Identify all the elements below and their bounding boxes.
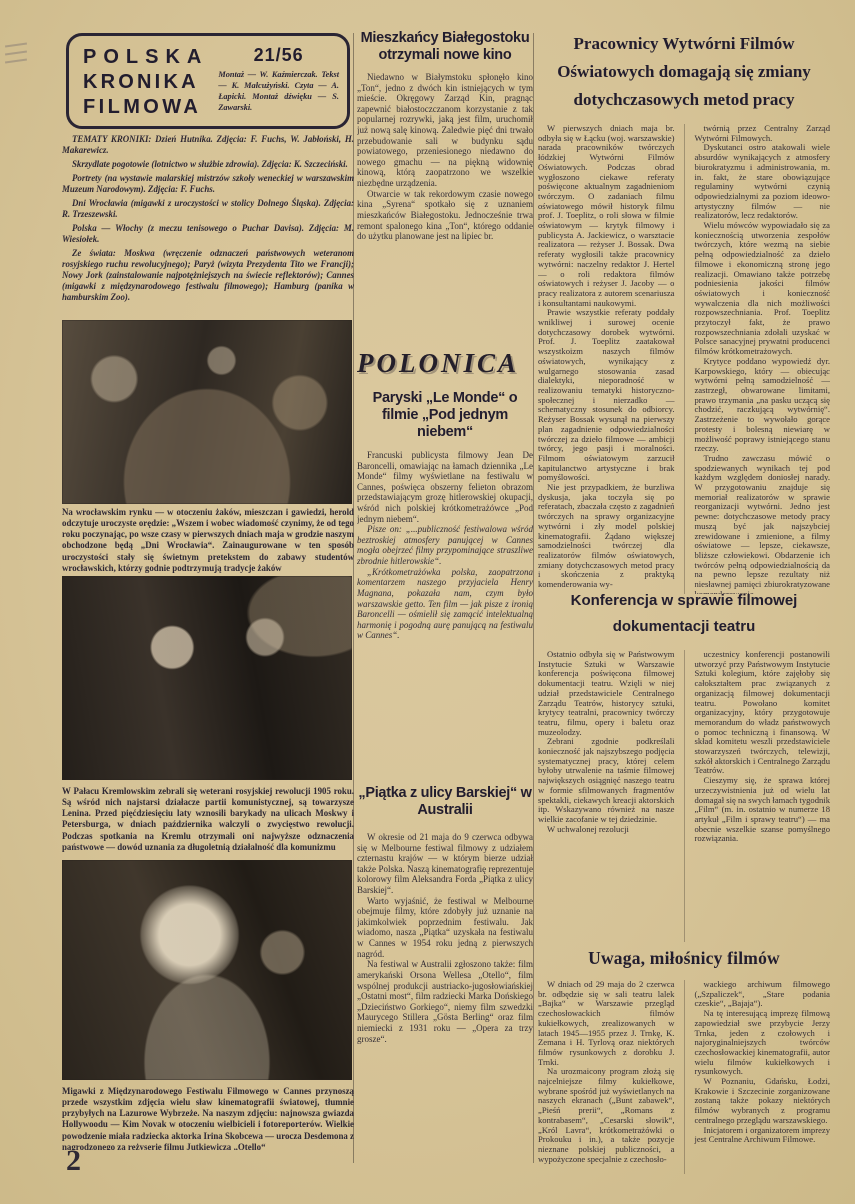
article-subcolumn-right: wackiego archiwum filmowego („Szpaliczek…	[684, 980, 830, 1174]
article-paragraph: Na tę interesującą imprezę filmową zapow…	[694, 1009, 830, 1077]
article-paragraph: uczestnicy konferencji postanowili utwor…	[694, 650, 830, 776]
topics-paragraph: Polska — Włochy (z meczu tenisowego o Pu…	[62, 223, 354, 245]
headline-filmy-kukielkowe: Uwaga, miłośnicy filmów kukiełkowych	[538, 944, 830, 976]
article-filmy-kukielkowe: W dniach od 29 maja do 2 czerwca br. odb…	[538, 980, 830, 1174]
article-paragraph: Na festiwal w Australii zgłoszono także:…	[357, 959, 533, 1044]
masthead-credits: Montaż — W. Kaźmierczak. Tekst — K. Małc…	[218, 70, 339, 114]
margin-pencil-mark	[5, 38, 27, 84]
article-paragraph: Trudno zawczasu mówić o spodziewanych wy…	[694, 454, 830, 594]
column-rule-right	[533, 33, 534, 1163]
article-paragraph: Niedawno w Białymstoku spłonęło kino „To…	[357, 72, 533, 189]
article-nowe-kino: Niedawno w Białymstoku spłonęło kino „To…	[357, 72, 533, 330]
polonica-logotype: POLONICA	[357, 348, 519, 378]
masthead-title-line3: FILMOWA	[83, 95, 208, 120]
chronicle-topics-section: TEMATY KRONIKI: Dzień Hutnika. Zdjęcia: …	[62, 134, 354, 318]
article-paragraph: Francuski publicysta filmowy Jean De Bar…	[357, 450, 533, 524]
article-paragraph: Krytyce poddano wypowiedź dyr. Karpowski…	[694, 357, 830, 454]
article-subcolumn-right: twórnią przez Centralny Zarząd Wytwórni …	[684, 124, 830, 594]
headline-le-monde: Paryski „Le Monde“ o filmie „Pod jednym …	[357, 390, 533, 446]
masthead-title: POLSKA KRONIKA FILMOWA	[83, 45, 208, 120]
article-paragraph: Ostatnio odbyła się w Państwowym Instytu…	[538, 650, 674, 737]
polonica-section-header: POLONICA	[357, 348, 533, 384]
article-paragraph: W Poznaniu, Gdańsku, Łodzi, Krakowie i S…	[694, 1077, 830, 1126]
issue-number: 21/56	[218, 45, 339, 66]
article-subcolumn-left: W dniach od 29 maja do 2 czerwca br. odb…	[538, 980, 674, 1174]
article-paragraph: Wielu mówców wypowiadało się za konieczn…	[694, 221, 830, 357]
headline-wytwornia-oswiatowa: Pracownicy Wytwórni Filmów Oświatowych d…	[538, 30, 830, 118]
article-subcolumn-left: W pierwszych dniach maja br. odbyła się …	[538, 124, 674, 594]
article-le-monde: Francuski publicysta filmowy Jean De Bar…	[357, 450, 533, 810]
article-paragraph: W dniach od 29 maja do 2 czerwca br. odb…	[538, 980, 674, 1067]
article-subcolumn-left: Ostatnio odbyła się w Państwowym Instytu…	[538, 650, 674, 942]
article-paragraph: Nie jest przypadkiem, że burzliwa dyskus…	[538, 483, 674, 590]
article-paragraph: W pierwszych dniach maja br. odbyła się …	[538, 124, 674, 308]
article-dokumentacja-teatru: Ostatnio odbyła się w Państwowym Instytu…	[538, 650, 830, 942]
article-quote: Pisze on: „...publiczność festiwalowa wś…	[357, 524, 533, 566]
masthead-right: 21/56 Montaż — W. Kaźmierczak. Tekst — K…	[218, 45, 339, 114]
topics-paragraph: Ze świata: Moskwa (wręczenie odznaczeń p…	[62, 248, 354, 303]
page-number: 2	[66, 1144, 81, 1178]
photo-cannes-kim-novak	[62, 860, 352, 1080]
headline-dokumentacja-teatru: Konferencja w sprawie filmowej dokumenta…	[538, 588, 830, 644]
article-quote: „Krótkometrażówka polska, zaopatrzona ko…	[357, 567, 533, 641]
masthead-title-line1: POLSKA	[83, 45, 208, 70]
article-paragraph: Cieszymy się, że sprawa której urzeczywi…	[694, 776, 830, 844]
photo-caption: Na wrocławskim rynku — w otoczeniu żaków…	[62, 507, 354, 573]
article-piatka-australia: W okresie od 21 maja do 9 czerwca odbywa…	[357, 832, 533, 1172]
article-paragraph: W uchwalonej rezolucji	[538, 825, 674, 835]
headline-nowe-kino: Mieszkańcy Białegostoku otrzymali nowe k…	[357, 30, 533, 70]
article-paragraph: Prawie wszystkie referaty poddały wnikli…	[538, 308, 674, 483]
newspaper-page: POLSKA KRONIKA FILMOWA 21/56 Montaż — W.…	[0, 0, 855, 1204]
article-paragraph: twórnią przez Centralny Zarząd Wytwórni …	[694, 124, 830, 143]
article-paragraph: Otwarcie w tak rekordowym czasie nowego …	[357, 189, 533, 242]
article-paragraph: Dyskutanci ostro atakowali wiele absurdó…	[694, 143, 830, 221]
photo-kremlin-veterans	[62, 576, 352, 780]
masthead-title-line2: KRONIKA	[83, 70, 208, 95]
article-subcolumn-right: uczestnicy konferencji postanowili utwor…	[684, 650, 830, 942]
topics-paragraph: TEMATY KRONIKI: Dzień Hutnika. Zdjęcia: …	[62, 134, 354, 156]
right-region: Pracownicy Wytwórni Filmów Oświatowych d…	[538, 30, 830, 1175]
photo-dni-wroclawia	[62, 320, 352, 504]
topics-paragraph: Dni Wrocławia (migawki z uroczystości w …	[62, 198, 354, 220]
article-wytwornia-oswiatowa: W pierwszych dniach maja br. odbyła się …	[538, 124, 830, 594]
masthead-box: POLSKA KRONIKA FILMOWA 21/56 Montaż — W.…	[66, 33, 350, 129]
article-paragraph: wackiego archiwum filmowego („Szpaliczek…	[694, 980, 830, 1009]
article-paragraph: Zebrani zgodnie podkreślali konieczność …	[538, 737, 674, 824]
photo-caption: W Pałacu Kremlowskim zebrali się weteran…	[62, 786, 354, 856]
middle-column: Mieszkańcy Białegostoku otrzymali nowe k…	[357, 30, 533, 1175]
article-paragraph: Na urozmaicony program złożą się najceln…	[538, 1067, 674, 1164]
headline-piatka-australia: „Piątka z ulicy Barskiej“ w Australii	[357, 785, 533, 827]
article-paragraph: Inicjatorem i organizatorem imprezy jest…	[694, 1126, 830, 1145]
article-paragraph: W okresie od 21 maja do 9 czerwca odbywa…	[357, 832, 533, 896]
photo-caption: Migawki z Międzynarodowego Festiwalu Fil…	[62, 1086, 354, 1150]
article-paragraph: Warto wyjaśnić, że festiwal w Melbourne …	[357, 896, 533, 960]
topics-paragraph: Skrzydlate pogotowie (lotnictwo w służbi…	[62, 159, 354, 170]
topics-paragraph: Portrety (na wystawie malarskiej mistrzó…	[62, 173, 354, 195]
